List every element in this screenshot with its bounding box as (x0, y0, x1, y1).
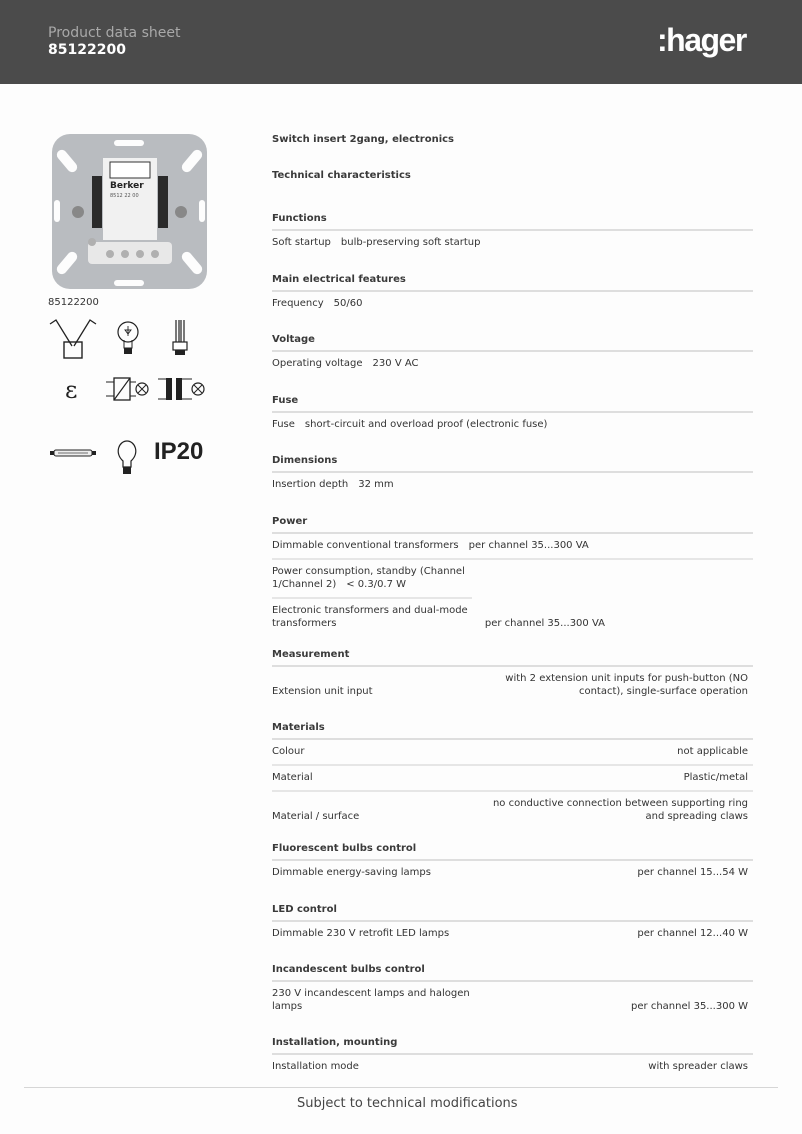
spec-row: Dimmable conventional transformersper ch… (272, 534, 753, 560)
product-image: Berker 8512 22 00 (48, 130, 211, 295)
spec-row: Dimmable 230 V retrofit LED lampsper cha… (272, 922, 753, 946)
spec-row: Fuseshort-circuit and overload proof (el… (272, 413, 753, 437)
spec-row: Material / surfaceno conductive connecti… (272, 792, 753, 829)
footer-note: Subject to technical modifications (297, 1096, 518, 1111)
product-sidebar: Berker 8512 22 00 85122200 ε (48, 130, 218, 308)
section-heading: Main electrical features (272, 274, 753, 292)
electronic-transformer-epsilon-icon: ε (65, 376, 77, 404)
section-functions: Functions Soft startupbulb-preserving so… (272, 213, 753, 255)
svg-text:Berker: Berker (110, 181, 144, 191)
section-heading: Installation, mounting (272, 1037, 753, 1055)
section-heading: Voltage (272, 334, 753, 352)
led-bulb-icon (116, 318, 140, 360)
section-heading: Incandescent bulbs control (272, 964, 753, 982)
footer-divider (24, 1087, 778, 1088)
incandescent-bulb-icon (116, 439, 138, 477)
section-heading: Power (272, 516, 753, 534)
spec-row: Extension unit inputwith 2 extension uni… (272, 667, 753, 704)
section-main-electrical: Main electrical features Frequency50/60 (272, 274, 753, 316)
ip20-icon: IP20 (154, 438, 203, 466)
header-product-number: 85122200 (48, 42, 126, 58)
spec-row: Electronic transformers and dual-mode tr… (272, 599, 753, 636)
electronic-transformer-lamp-icon (106, 376, 150, 402)
energy-saving-lamp-icon (170, 318, 190, 360)
spec-row: Power consumption, standby (Channel 1/Ch… (272, 560, 472, 599)
section-heading: LED control (272, 904, 753, 922)
section-heading: Fuse (272, 395, 753, 413)
spec-row: Frequency50/60 (272, 292, 753, 316)
section-heading: Fluorescent bulbs control (272, 843, 753, 861)
section-voltage: Voltage Operating voltage230 V AC (272, 334, 753, 376)
spec-row: MaterialPlastic/metal (272, 766, 753, 792)
section-materials: Materials Colournot applicable MaterialP… (272, 722, 753, 829)
spec-row: 230 V incandescent lamps and halogen lam… (272, 982, 753, 1019)
svg-text:8512 22 00: 8512 22 00 (110, 193, 139, 199)
section-heading: Functions (272, 213, 753, 231)
product-title: Switch insert 2gang, electronics (272, 134, 454, 145)
page-header: Product data sheet 85122200 :hager (0, 0, 802, 84)
section-led: LED control Dimmable 230 V retrofit LED … (272, 904, 753, 946)
technical-characteristics-heading: Technical characteristics (272, 170, 411, 181)
spec-row: Insertion depth32 mm (272, 473, 753, 497)
section-installation: Installation, mounting Installation mode… (272, 1037, 753, 1079)
switching-symbol-icon (48, 316, 98, 360)
product-number: 85122200 (48, 297, 218, 308)
section-measurement: Measurement Extension unit inputwith 2 e… (272, 649, 753, 704)
section-fuse: Fuse Fuseshort-circuit and overload proo… (272, 395, 753, 437)
halogen-tube-icon (50, 448, 96, 458)
spec-row: Colournot applicable (272, 740, 753, 766)
doc-type-label: Product data sheet (48, 25, 180, 41)
spec-row: Soft startupbulb-preserving soft startup (272, 231, 753, 255)
spec-row: Operating voltage230 V AC (272, 352, 753, 376)
spec-row: Installation modewith spreader claws (272, 1055, 753, 1079)
hager-logo: :hager (657, 22, 746, 59)
spec-row: Dimmable energy-saving lampsper channel … (272, 861, 753, 885)
section-power: Power Dimmable conventional transformers… (272, 516, 753, 636)
section-heading: Dimensions (272, 455, 753, 473)
conventional-transformer-lamp-icon (158, 376, 206, 402)
section-fluorescent: Fluorescent bulbs control Dimmable energ… (272, 843, 753, 885)
section-heading: Measurement (272, 649, 753, 667)
section-dimensions: Dimensions Insertion depth32 mm (272, 455, 753, 497)
section-heading: Materials (272, 722, 753, 740)
section-incandescent: Incandescent bulbs control 230 V incande… (272, 964, 753, 1019)
